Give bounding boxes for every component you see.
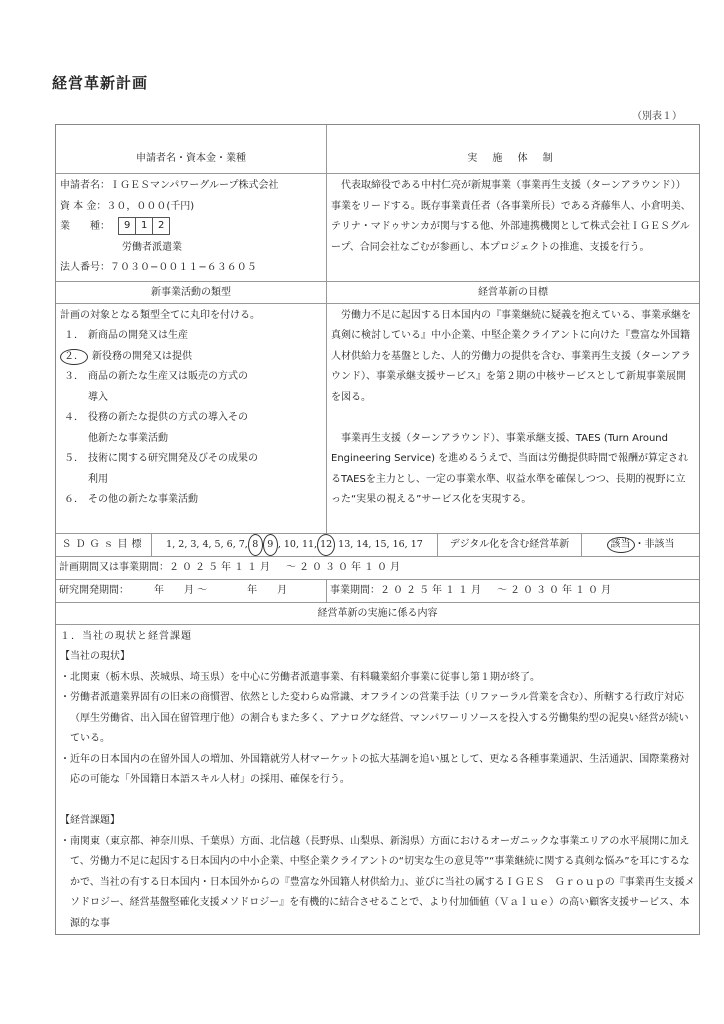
corp-number-label: 法人番号： — [60, 262, 110, 273]
industry-code-digit: 9 — [118, 217, 136, 235]
header-row: 申請者名・資本金・業種 実 施 体 制 — [56, 125, 699, 174]
content-header: 経営革新の実施に係る内容 — [56, 603, 699, 624]
type-item-2-selected[interactable]: ２．新役務の開発又は提供 — [60, 347, 322, 368]
status-bullet: ・近年の日本国内の在留外国人の増加、外国籍就労人材マーケットの拡大基調を追い風と… — [60, 750, 695, 791]
sdg-goal[interactable]: 4 — [202, 539, 208, 550]
capital-line: 資 本 金：３０，０００(千円) — [60, 197, 322, 218]
sdg-goal[interactable]: 13 — [338, 539, 350, 550]
applicant-name-line: 申請者名：ＩＧＥＳマンパワーグループ株式会社 — [60, 176, 322, 197]
business-period-label: 事業期間： — [330, 585, 380, 596]
industry-name: 労働者派遣業 — [60, 238, 322, 259]
challenge-bullet: ・南関東（東京都、神奈川県、千葉県）方面、北信越（長野県、山梨県、新潟県）方面に… — [60, 832, 695, 935]
sdg-goal[interactable]: 17 — [411, 539, 423, 550]
sdg-goal[interactable]: 3 — [190, 539, 196, 550]
type-item-4-cont: 他新たな事業活動 — [60, 429, 322, 450]
sdg-goal[interactable]: 15 — [374, 539, 386, 550]
sdg-goal[interactable]: 5 — [215, 539, 221, 550]
sdg-goal[interactable]: 11 — [302, 539, 314, 550]
sdg-goal[interactable]: 14 — [356, 539, 368, 550]
digital-label: デジタル化を含む経営革新 — [437, 534, 581, 556]
capital-label: 資 本 金： — [60, 201, 106, 212]
sdgs-label: ＳＤＧｓ目標 — [56, 534, 151, 556]
business-period: 事業期間：２０２５年１１月 ～２０３０年１０月 — [326, 580, 699, 602]
applicant-row: 申請者名：ＩＧＥＳマンパワーグループ株式会社 資 本 金：３０，０００(千円) … — [56, 174, 699, 282]
types-instruction: 計画の対象となる類型全てに丸印を付ける。 — [60, 306, 322, 327]
circle-mark-icon: ２． — [60, 349, 88, 365]
plan-period-value: ２０２５年１１月 ～２０３０年１０月 — [169, 557, 403, 579]
content-header-row: 経営革新の実施に係る内容 — [56, 603, 699, 625]
sdg-goal[interactable]: 16 — [393, 539, 405, 550]
sdg-goal-selected[interactable]: 9 — [263, 534, 278, 556]
type-item-4[interactable]: ４．役務の新たな提供の方式の導入その — [60, 408, 322, 429]
rd-period: 研究開発期間： 年 月 ～ 年 月 — [56, 580, 326, 602]
industry-code-boxes: 9 1 2 — [119, 217, 170, 235]
industry-code-digit: 2 — [152, 217, 170, 235]
sdg-goal-selected[interactable]: 8 — [248, 534, 263, 556]
sdg-goal[interactable]: 1 — [166, 539, 172, 550]
implementation-header: 実 施 体 制 — [326, 125, 699, 173]
digital-option-applicable-selected[interactable]: 該当 — [607, 537, 635, 553]
content-body-row: １．当社の現状と経営課題 【当社の現状】 ・北関東（栃木県、茨城県、埼玉県）を中… — [56, 625, 699, 935]
type-item-6[interactable]: ６．その他の新たな事業活動 — [60, 490, 322, 511]
sdg-goal[interactable]: 2 — [178, 539, 184, 550]
plan-table: 申請者名・資本金・業種 実 施 体 制 申請者名：ＩＧＥＳマンパワーグループ株式… — [55, 124, 700, 935]
applicant-header: 申請者名・資本金・業種 — [56, 125, 326, 173]
sdg-goal[interactable]: 10 — [284, 539, 296, 550]
sdg-goal[interactable]: 7 — [239, 539, 245, 550]
digital-options: 該当・非該当 — [581, 534, 699, 556]
innovation-goal-text: 労働力不足に起因する日本国内の『事業継続に疑義を抱えている、事業承継を真剣に検討… — [326, 304, 699, 533]
type-item-3[interactable]: ３．商品の新たな生産又は販売の方式の — [60, 367, 322, 388]
status-bullet: ・北関東（栃木県、茨城県、埼玉県）を中心に労働者派遣事業、有料職業紹介事業に従事… — [60, 668, 695, 689]
industry-code-digit: 1 — [135, 217, 153, 235]
sdgs-goals: 1, 2, 3, 4, 5, 6, 7,89, 10, 11,12 13, 14… — [151, 534, 437, 556]
sdg-goal-selected[interactable]: 12 — [317, 534, 335, 556]
status-bullet: ・労働者派遣業界固有の旧来の商慣習、依然とした変わらぬ常識、オフラインの営業手法… — [60, 688, 695, 750]
sdg-goal[interactable]: 6 — [227, 539, 233, 550]
rd-period-value: 年 月 ～ 年 月 — [124, 585, 287, 596]
applicant-name-value: ＩＧＥＳマンパワーグループ株式会社 — [110, 180, 279, 191]
digital-option-not-applicable[interactable]: 非該当 — [645, 539, 675, 550]
business-period-value: ２０２５年１１月 ～２０３０年１０月 — [380, 585, 614, 596]
goal-paragraph-1: 労働力不足に起因する日本国内の『事業継続に疑義を抱えている、事業承継を真剣に検討… — [331, 306, 695, 409]
innovation-goal-header: 経営革新の目標 — [326, 282, 699, 303]
new-business-types-header: 新事業活動の類型 — [56, 282, 326, 303]
challenges-heading: 【経営課題】 — [60, 811, 695, 832]
capital-value: ３０，０００(千円) — [106, 201, 194, 212]
current-status-heading: 【当社の現状】 — [60, 647, 695, 668]
type-item-5[interactable]: ５．技術に関する研究開発及びその成果の — [60, 449, 322, 470]
industry-label: 業 種： — [60, 221, 110, 232]
section-1-title: １．当社の現状と経営課題 — [60, 627, 695, 648]
industry-line: 業 種： 9 1 2 — [60, 217, 322, 238]
type-item-3-cont: 導入 — [60, 388, 322, 409]
goal-paragraph-2: 事業再生支援（ターンアラウンド）、事業承継支援、TAES (Turn Aroun… — [331, 429, 695, 511]
plan-period-label: 計画期間又は事業期間： — [59, 557, 169, 579]
new-business-types-list: 計画の対象となる類型全てに丸印を付ける。 １．新商品の開発又は生産 ２．新役務の… — [56, 304, 326, 533]
rd-period-row: 研究開発期間： 年 月 ～ 年 月 事業期間：２０２５年１１月 ～２０３０年１０… — [56, 580, 699, 603]
rd-period-label: 研究開発期間： — [59, 585, 124, 596]
content-body: １．当社の現状と経営課題 【当社の現状】 ・北関東（栃木県、茨城県、埼玉県）を中… — [56, 625, 699, 935]
type-item-5-cont: 利用 — [60, 470, 322, 491]
subheader-row: 新事業活動の類型 経営革新の目標 — [56, 282, 699, 304]
applicant-info: 申請者名：ＩＧＥＳマンパワーグループ株式会社 資 本 金：３０，０００(千円) … — [56, 174, 326, 281]
corp-number-line: 法人番号：７０３０−００１１−６３６０５ — [60, 258, 322, 279]
plan-period-row: 計画期間又は事業期間：２０２５年１１月 ～２０３０年１０月 — [56, 557, 699, 580]
annex-label: （別表１） — [632, 107, 682, 122]
document-title: 経営革新計画 — [52, 72, 148, 93]
sdgs-row: ＳＤＧｓ目標 1, 2, 3, 4, 5, 6, 7,89, 10, 11,12… — [56, 534, 699, 557]
implementation-text: 代表取締役である中村仁亮が新規事業（事業再生支援（ターンアラウンド））事業をリー… — [326, 174, 699, 281]
applicant-name-label: 申請者名： — [60, 180, 110, 191]
type-item-1[interactable]: １．新商品の開発又は生産 — [60, 326, 322, 347]
corp-number-value: ７０３０−００１１−６３６０５ — [110, 262, 257, 273]
types-goal-row: 計画の対象となる類型全てに丸印を付ける。 １．新商品の開発又は生産 ２．新役務の… — [56, 304, 699, 534]
